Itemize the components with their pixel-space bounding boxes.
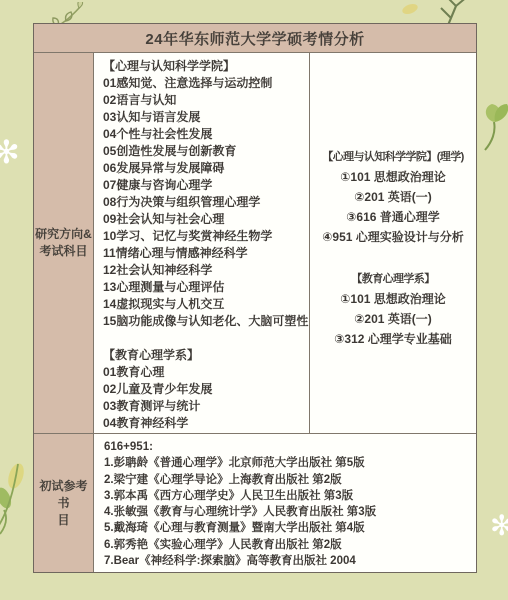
direction-item: 13心理测量与心理评估 [103,279,305,296]
row-label-directions: 研究方向& 考试科目 [34,53,94,433]
direction-item: 15脑功能成像与认知老化、大脑可塑性 [103,313,305,330]
direction-item: 04教育神经科学 [103,415,305,432]
subject-list: ①101 思想政治理论②201 英语(一)③616 普通心理学④951 心理实验… [322,167,464,247]
research-directions-cell: 【心理与认知科学学院】 01感知觉、注意选择与运动控制02语言与认知03认知与语… [94,53,310,433]
exam-info-table: 24年华东师范大学学硕考情分析 研究方向& 考试科目 【心理与认知科学学院】 0… [33,23,477,573]
section-heading: 【教育心理学系】 [103,347,305,364]
direction-item: 11情绪心理与情感神经科学 [103,245,305,262]
direction-item: 03教育测评与统计 [103,398,305,415]
row-directions-and-subjects: 研究方向& 考试科目 【心理与认知科学学院】 01感知觉、注意选择与运动控制02… [34,53,476,434]
direction-item: 06发展异常与发展障碍 [103,160,305,177]
subject-item: ①101 思想政治理论 [334,289,452,309]
flower-bottom-icon: ✻ [490,512,508,540]
direction-item: 02儿童及青少年发展 [103,381,305,398]
row-reference-books: 初试参考书 目 616+951: 1.彭聃龄《普通心理学》北京师范大学出版社 第… [34,434,476,572]
direction-item: 07健康与咨询心理学 [103,177,305,194]
subject-item: ④951 心理实验设计与分析 [322,227,464,247]
page: { "header": { "title": "24年华东师范大学学硕考情分析"… [0,0,508,600]
subject-item: ③312 心理学专业基础 [334,329,452,349]
book-list: 1.彭聃龄《普通心理学》北京师范大学出版社 第5版2.梁宁建《心理学导论》上海教… [104,455,472,569]
direction-item: 10学习、记忆与奖赏神经生物学 [103,228,305,245]
direction-item: 03认知与语言发展 [103,109,305,126]
row-label-books: 初试参考书 目 [34,434,94,572]
book-item: 6.郭秀艳《实验心理学》人民教育出版社 第2版 [104,537,472,553]
books-heading: 616+951: [104,439,472,455]
clover-icon [481,102,508,152]
section-heading: 【教育心理学系】 [334,269,452,289]
row-label-line: 目 [57,512,69,529]
leaves-icon [0,460,36,552]
flower-left-icon: ✻ [0,136,20,168]
college-direction-list: 01感知觉、注意选择与运动控制02语言与认知03认知与语言发展04个性与社会性发… [103,75,305,330]
edu-direction-list: 01教育心理02儿童及青少年发展03教育测评与统计04教育神经科学 [103,364,305,432]
row-label-line: 研究方向& [35,226,92,243]
book-item: 2.梁宁建《心理学导论》上海教育出版社 第2版 [104,472,472,488]
direction-item: 14虚拟现实与人机交互 [103,296,305,313]
direction-item: 02语言与认知 [103,92,305,109]
book-item: 4.张敏强《教育与心理统计学》人民教育出版社 第3版 [104,504,472,520]
table-title: 24年华东师范大学学硕考情分析 [34,24,476,53]
subject-item: ③616 普通心理学 [322,207,464,227]
subjects-block-edu: 【教育心理学系】 ①101 思想政治理论②201 英语(一)③312 心理学专业… [334,269,452,349]
row-label-line: 考试科目 [39,243,87,260]
row-label-line: 初试参考书 [34,478,93,512]
direction-item: 09社会认知与社会心理 [103,211,305,228]
subject-item: ②201 英语(一) [322,187,464,207]
book-item: 3.郭本禹《西方心理学史》人民卫生出版社 第3版 [104,488,472,504]
direction-item: 12社会认知神经科学 [103,262,305,279]
section-heading: 【心理与认知科学学院】 [103,58,305,75]
subject-item: ①101 思想政治理论 [322,167,464,187]
direction-item: 08行为决策与组织管理心理学 [103,194,305,211]
direction-item: 04个性与社会性发展 [103,126,305,143]
direction-item: 05创造性发展与创新教育 [103,143,305,160]
reference-books-cell: 616+951: 1.彭聃龄《普通心理学》北京师范大学出版社 第5版2.梁宁建《… [94,434,476,572]
subjects-block-college: 【心理与认知科学学院】(理学) ①101 思想政治理论②201 英语(一)③61… [322,147,464,247]
subject-item: ②201 英语(一) [334,309,452,329]
book-item: 7.Bear《神经科学:探索脑》高等教育出版社 2004 [104,553,472,569]
subject-list: ①101 思想政治理论②201 英语(一)③312 心理学专业基础 [334,289,452,349]
section-heading: 【心理与认知科学学院】(理学) [322,147,464,167]
direction-item: 01教育心理 [103,364,305,381]
book-item: 5.戴海琦《心理与教育测量》暨南大学出版社 第4版 [104,520,472,536]
exam-subjects-cell: 【心理与认知科学学院】(理学) ①101 思想政治理论②201 英语(一)③61… [310,53,476,433]
book-item: 1.彭聃龄《普通心理学》北京师范大学出版社 第5版 [104,455,472,471]
direction-item: 01感知觉、注意选择与运动控制 [103,75,305,92]
spacer [103,330,305,347]
